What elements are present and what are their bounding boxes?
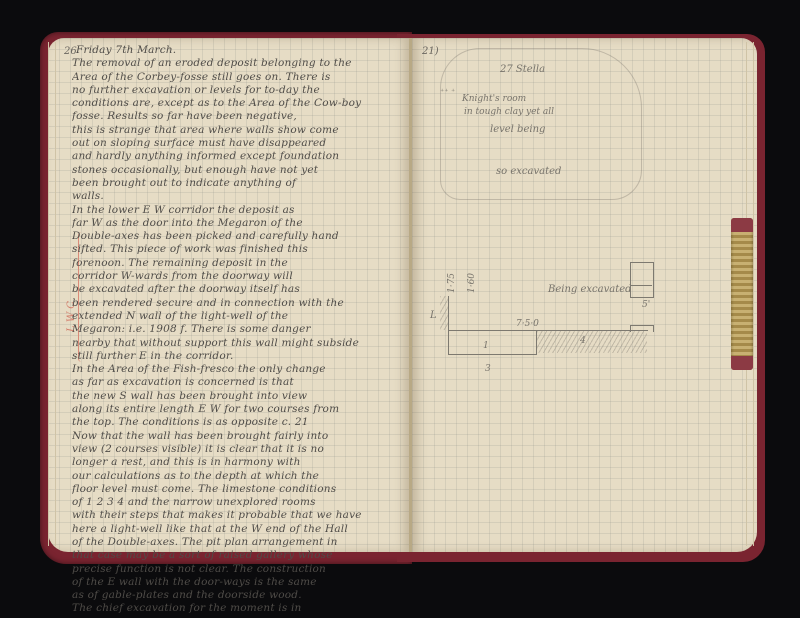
handwritten-line: In the Area of the Fish-fresco the only … <box>72 363 397 376</box>
handwritten-line: stones occasionally, but enough have not… <box>72 164 397 177</box>
room-3-label: 3 <box>485 364 491 374</box>
handwritten-line: conditions are, except as to the Area of… <box>72 97 397 110</box>
handwritten-line: view (2 courses visible) it is clear tha… <box>72 443 397 456</box>
dim-vertical-1: 1·75 <box>447 273 457 293</box>
open-notebook: 26 L W C Friday 7th March. The removal o… <box>40 32 765 564</box>
handwritten-line: and hardly anything informed except foun… <box>72 150 397 163</box>
handwritten-line: no further excavation or levels for to-d… <box>72 84 397 97</box>
handwritten-line: the new S wall has been brought into vie… <box>72 390 397 403</box>
left-page-handwriting: Friday 7th March. The removal of an erod… <box>72 44 397 616</box>
handwritten-line: Now that the wall has been brought fairl… <box>72 430 397 443</box>
handwritten-line: been rendered secure and in connection w… <box>72 297 397 310</box>
handwritten-line: that case may be a sort of raised galler… <box>72 549 397 562</box>
bookmark-cap-bottom <box>731 356 753 370</box>
handwritten-line: of the E wall with the door-ways is the … <box>72 576 397 589</box>
handwritten-line: corridor W-wards from the doorway will <box>72 270 397 283</box>
page-edges-left <box>48 42 56 546</box>
plan-small-room <box>630 262 654 298</box>
handwritten-line: with their steps that makes it probable … <box>72 509 397 522</box>
plan-wall-left <box>448 296 449 355</box>
bookmark-cap-top <box>731 218 753 232</box>
entry-heading: Friday 7th March. <box>72 44 397 57</box>
handwritten-line: been brought out to indicate anything of <box>72 177 397 190</box>
plan-small-block <box>630 325 654 332</box>
handwritten-line: precise function is not clear. The const… <box>72 563 397 576</box>
handwritten-line: Area of the Corbey-fosse still goes on. … <box>72 71 397 84</box>
handwritten-line: forenoon. The remaining deposit in the <box>72 257 397 270</box>
dim-vertical-2: 1·60 <box>467 273 477 293</box>
handwritten-line: The removal of an eroded deposit belongi… <box>72 57 397 70</box>
handwritten-line: this is strange that area where walls sh… <box>72 124 397 137</box>
handwritten-line: In the lower E W corridor the deposit as <box>72 204 397 217</box>
bookmark-ribbon <box>731 218 753 370</box>
handwritten-line: the top. The conditions is as opposite c… <box>72 416 397 429</box>
handwritten-line: Megaron: i.e. 1908 f. There is some dang… <box>72 323 397 336</box>
right-page-number: 21) <box>422 46 439 57</box>
handwritten-line: here a light-well like that at the W end… <box>72 523 397 536</box>
handwritten-line: as far as excavation is concerned is tha… <box>72 376 397 389</box>
plan-label: Being excavated <box>548 284 632 295</box>
plan-wall-bottom <box>448 354 537 355</box>
handwritten-line: far W as the door into the Megaron of th… <box>72 217 397 230</box>
handwritten-line: of the Double-axes. The pit plan arrange… <box>72 536 397 549</box>
plan-hatched-edge <box>440 296 448 330</box>
handwritten-line: sifted. This piece of work was finished … <box>72 243 397 256</box>
handwritten-line: longer a rest, and this is in harmony wi… <box>72 456 397 469</box>
handwritten-line: of 1 2 3 4 and the narrow unexplored roo… <box>72 496 397 509</box>
entry-lines: The removal of an eroded deposit belongi… <box>72 57 397 615</box>
plan-small-room-divider <box>630 285 652 286</box>
handwritten-line: fosse. Results so far have been negative… <box>72 110 397 123</box>
handwritten-line: as of gable-plates and the doorside wood… <box>72 589 397 602</box>
dim-side: 5' <box>642 300 650 310</box>
handwritten-line: walls. <box>72 190 397 203</box>
handwritten-line: Double-axes has been picked and carefull… <box>72 230 397 243</box>
handwritten-line: The chief excavation for the moment is i… <box>72 602 397 615</box>
handwritten-line: still further E in the corridor. <box>72 350 397 363</box>
handwritten-line: our calculations as to the depth at whic… <box>72 470 397 483</box>
handwritten-line: floor level must come. The limestone con… <box>72 483 397 496</box>
plan-letter-L: L <box>430 310 437 321</box>
room-1-label: 1 <box>483 341 489 351</box>
handwritten-line: be excavated after the doorway itself ha… <box>72 283 397 296</box>
plan-hatched-area <box>537 331 647 353</box>
sketch-outline <box>440 48 642 200</box>
dim-horizontal: 7·5·0 <box>516 319 539 329</box>
handwritten-line: nearby that without support this wall mi… <box>72 337 397 350</box>
handwritten-line: out on sloping surface must have disappe… <box>72 137 397 150</box>
handwritten-line: along its entire length E W for two cour… <box>72 403 397 416</box>
handwritten-line: extended N wall of the light-well of the <box>72 310 397 323</box>
